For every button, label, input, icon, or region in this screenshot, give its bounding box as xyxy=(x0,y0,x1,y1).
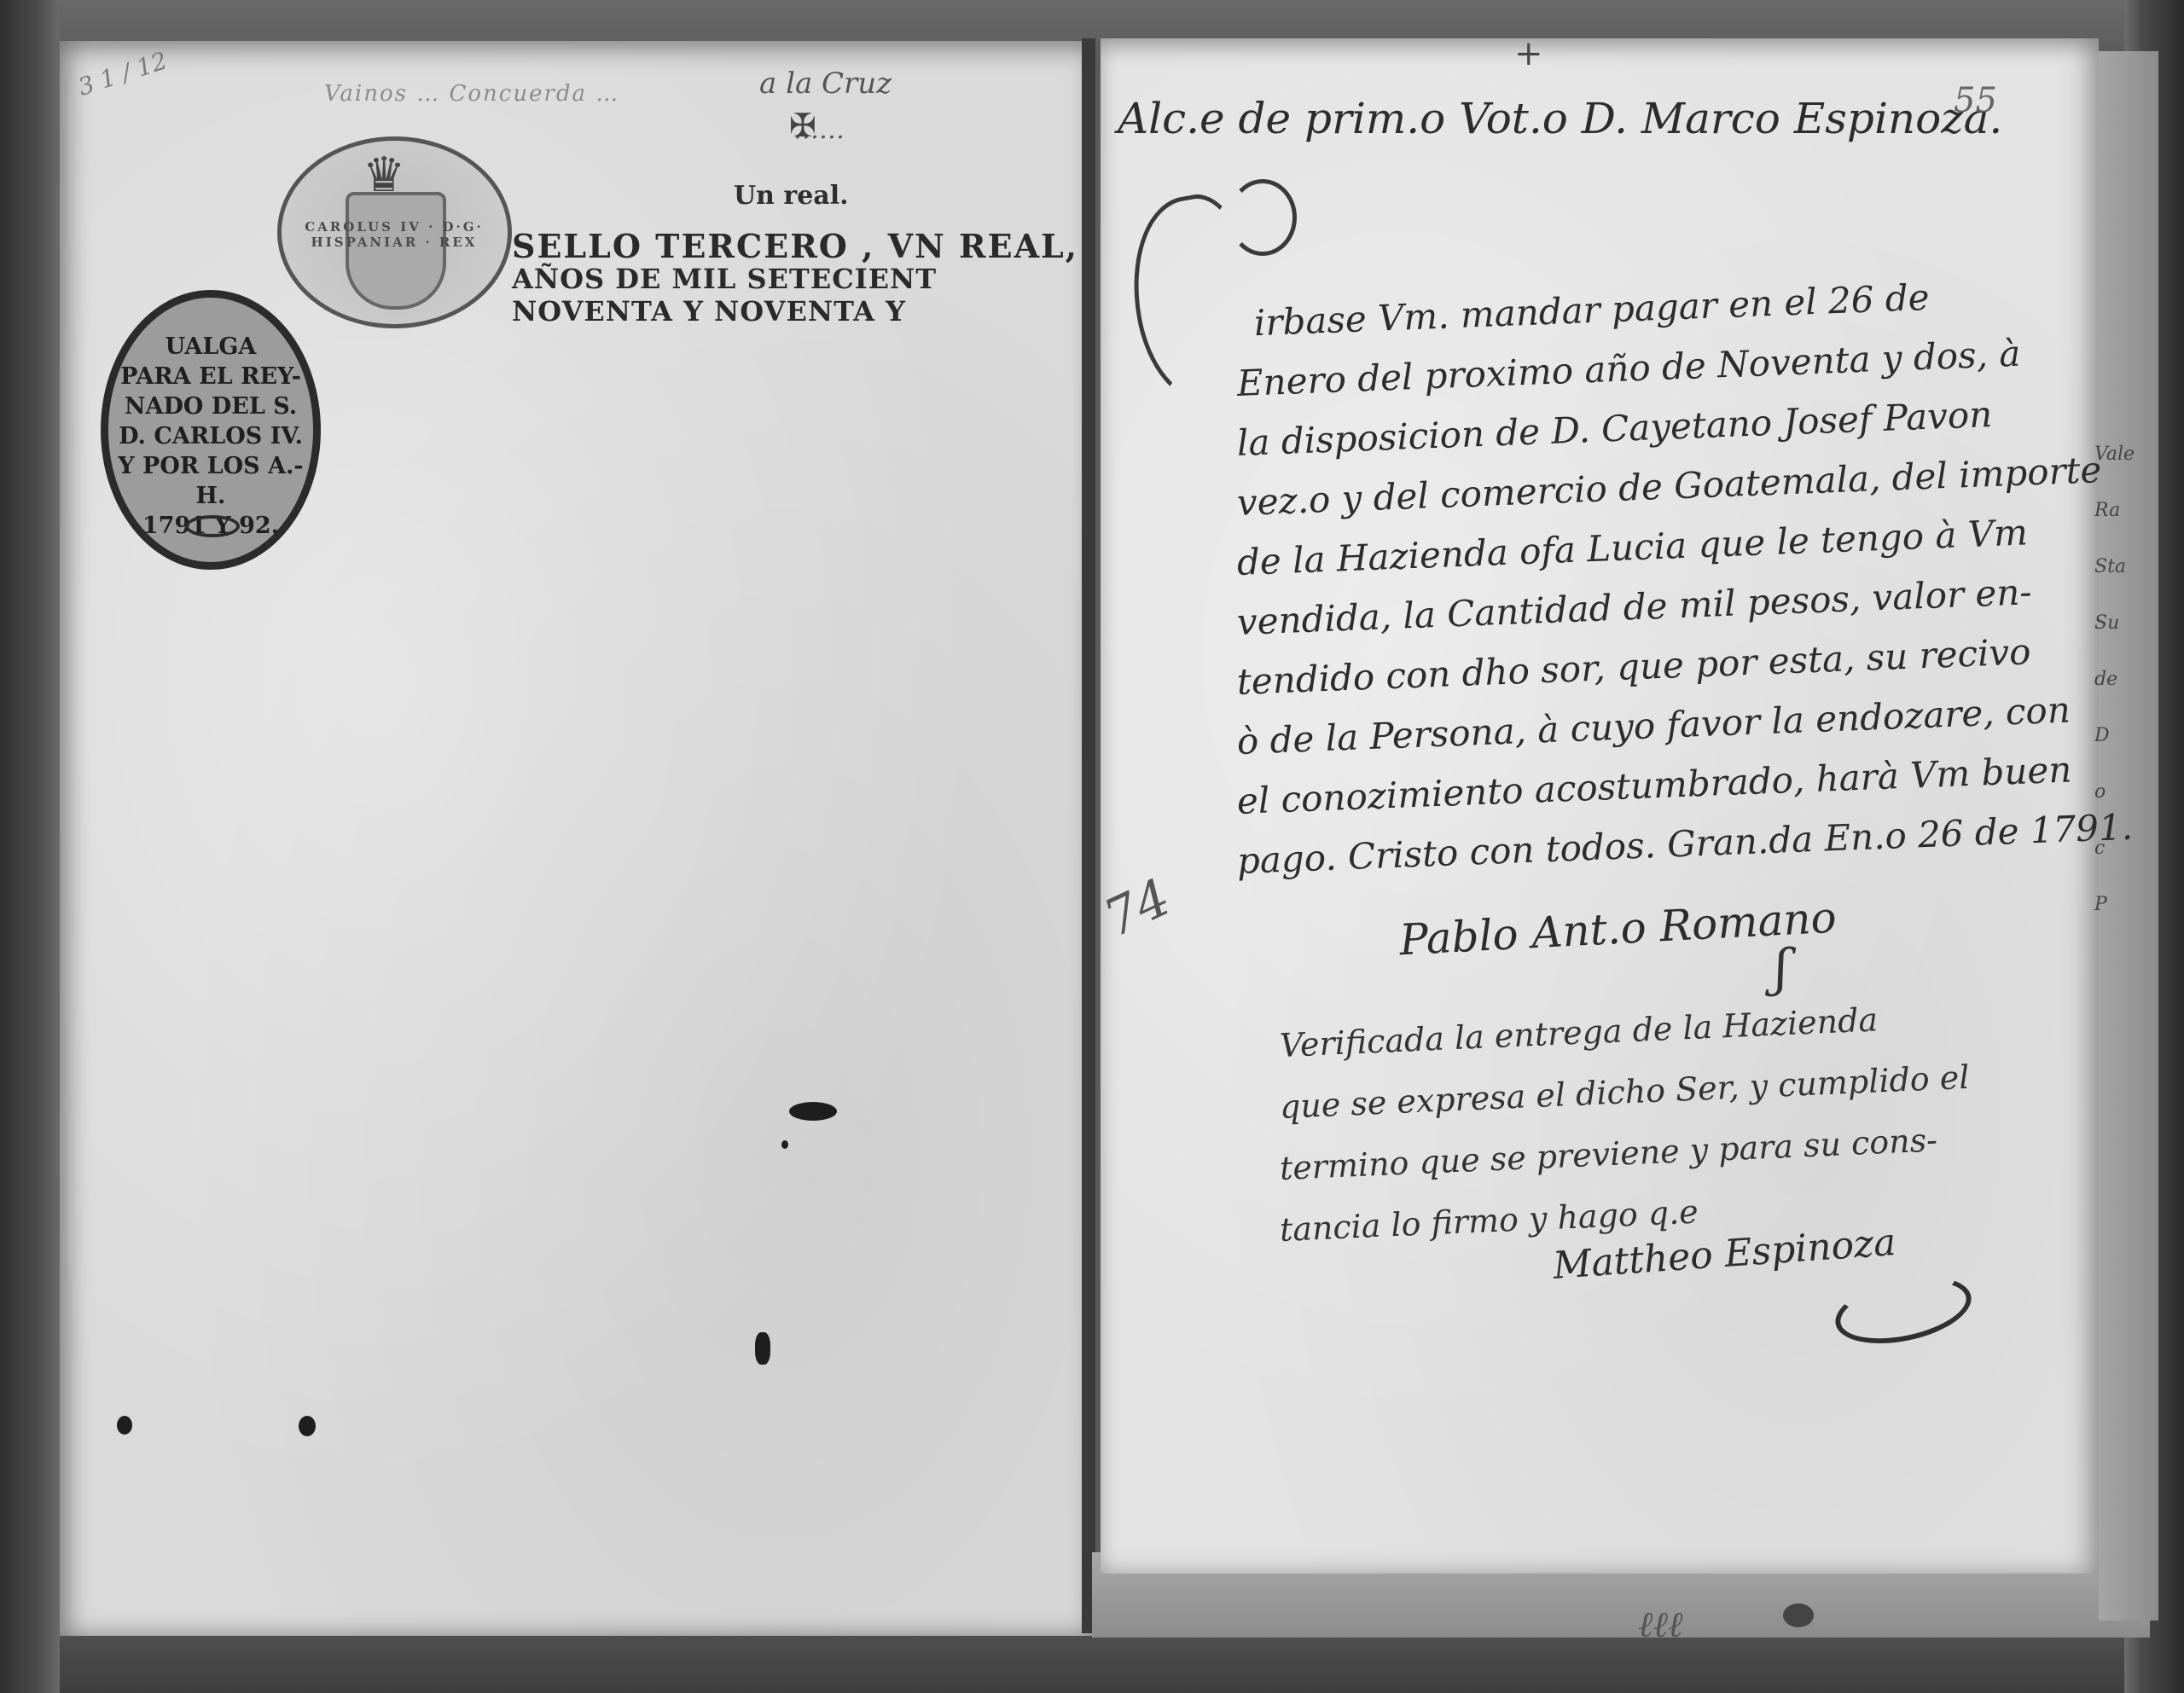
margin-fragment: de xyxy=(2094,652,2154,708)
bottom-edge-flourish: ℓℓℓ xyxy=(1638,1603,1682,1646)
faded-bleedthrough-line: a la Cruz xyxy=(759,67,892,101)
royal-seal: ♛ CAROLUS IV · D·G· HISPANIAR · REX xyxy=(277,136,512,328)
seal-ornament-icon xyxy=(185,515,240,537)
scan-frame-bottom xyxy=(0,1633,2184,1693)
valga-revalidation-seal: UALGA PARA EL REY- NADO DEL S. D. CARLOS… xyxy=(101,290,321,570)
valga-seal-line: Y POR LOS A.-H. xyxy=(117,451,305,511)
faded-bleedthrough-line: Vainos … Concuerda … xyxy=(324,81,619,107)
margin-fragment: D xyxy=(2094,708,2154,764)
valga-seal-line: UALGA xyxy=(117,332,305,362)
book-spine xyxy=(1082,38,1095,1633)
margin-fragment: o xyxy=(2094,764,2154,820)
un-real-label: Un real. xyxy=(734,181,849,211)
margin-fragment: c xyxy=(2094,820,2154,877)
folio-number: 55 xyxy=(1954,81,1997,120)
signature-rubric-icon: ʃ xyxy=(1774,938,1788,998)
next-page-margin-fragments: Vale Ra Sta Su de D o c P xyxy=(2094,426,2154,933)
ink-blot xyxy=(1783,1603,1814,1627)
decorated-initial-flourish-icon xyxy=(1228,179,1297,256)
stamp-heading: SELLO TERCERO , VN REAL, AÑOS DE MIL SET… xyxy=(512,230,1078,328)
valga-seal-line: PARA EL REY- xyxy=(117,362,305,391)
margin-fragment: Ra xyxy=(2094,483,2154,539)
valga-seal-text: UALGA PARA EL REY- NADO DEL S. D. CARLOS… xyxy=(117,332,305,541)
ink-blot xyxy=(299,1416,316,1436)
coat-of-arms-shield-icon xyxy=(346,192,446,310)
seal-ring-text: CAROLUS IV · D·G· HISPANIAR · REX xyxy=(292,219,497,250)
margin-fragment: P xyxy=(2094,877,2154,933)
addressee-heading: Alc.e de prim.o Vot.o D. Marco Espinoza. xyxy=(1118,94,2002,143)
stamp-heading-line: NOVENTA Y NOVENTA Y xyxy=(512,295,1078,328)
cross-icon: + xyxy=(1514,34,1543,73)
cross-icon: ✠ xyxy=(789,107,816,144)
ink-blot xyxy=(789,1102,837,1121)
margin-fragment: Su xyxy=(2094,595,2154,652)
payment-order-body: irbase Vm. mandar pagar en el 26 de Ener… xyxy=(1237,294,2134,891)
margin-fragment: Sta xyxy=(2094,539,2154,595)
ink-blot xyxy=(755,1332,770,1365)
ink-blot xyxy=(117,1416,132,1435)
stamp-heading-line: AÑOS DE MIL SETECIENT xyxy=(512,263,1078,295)
valga-seal-line: D. CARLOS IV. xyxy=(117,421,305,451)
valga-seal-line: NADO DEL S. xyxy=(117,391,305,421)
ink-blot xyxy=(781,1140,788,1149)
stamp-heading-line: SELLO TERCERO , VN REAL, xyxy=(512,230,1078,263)
margin-fragment: Vale xyxy=(2094,426,2154,483)
scan-frame-left xyxy=(0,0,60,1693)
